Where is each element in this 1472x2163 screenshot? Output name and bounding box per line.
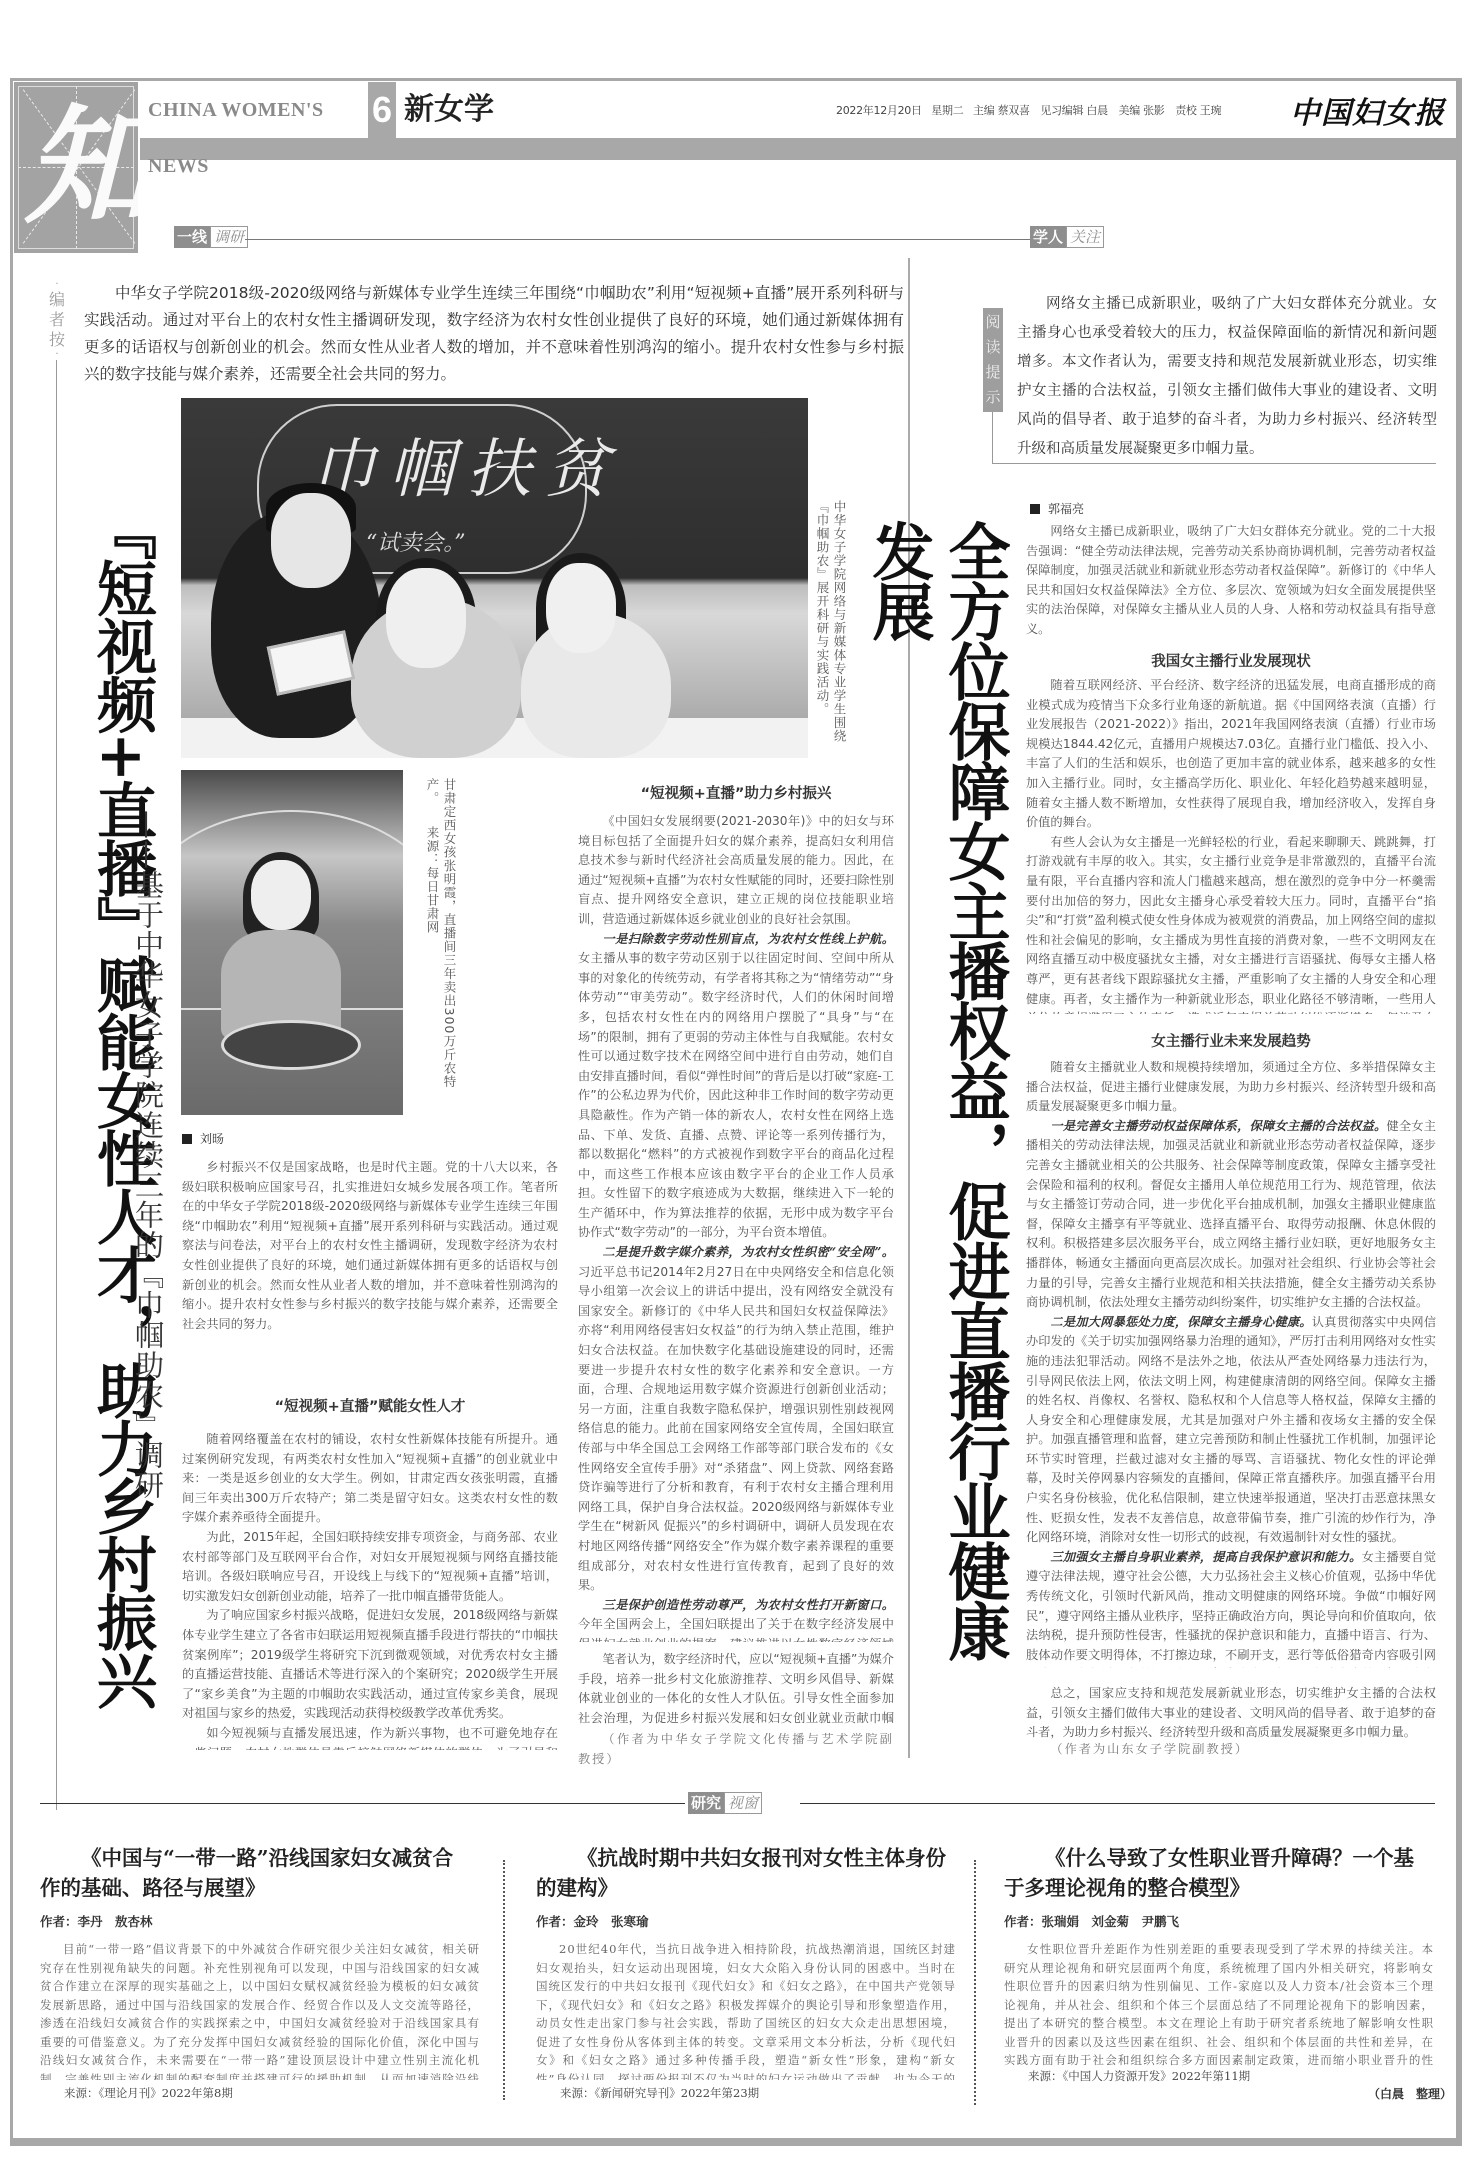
right-author-note: （作者为山东女子学院副教授） <box>1026 1740 1436 1760</box>
tag-scholar-focus: 学人 关注 <box>1030 226 1104 248</box>
section-title: 新女学 <box>404 82 494 138</box>
research-item-abstract: 目前“一带一路”倡议背景下的中外减贫合作研究很少关注妇女减贫，相关研究存在性别视… <box>40 1940 480 2080</box>
dotted-divider <box>503 1860 505 2100</box>
research-item-authors: 作者：李丹 敖杏林 <box>40 1912 153 1930</box>
research-item-title: 《中国与“一带一路”沿线国家妇女减贫合作的基础、路径与展望》 <box>40 1843 460 1903</box>
byline-marker-icon <box>182 1134 192 1144</box>
photo-greenhouse-streamer <box>181 770 403 1115</box>
research-item-source: 来源：《新闻研究导刊》2022年第23期 <box>560 2085 759 2101</box>
left-subheadline: ——基于中华女子学院连续三年的『巾帼助农』调研 <box>126 810 166 1510</box>
research-item-authors: 作者：金玲 张寒瑜 <box>536 1912 649 1930</box>
left-section1-title: “短视频+直播”赋能女性人才 <box>182 1395 558 1416</box>
left-section2-title: “短视频+直播”助力乡村振兴 <box>578 782 894 803</box>
editor-note-text: 中华女子学院2018级-2020级网络与新媒体专业学生连续三年围绕“巾帼助农”利… <box>84 280 904 388</box>
left-section1-body: 随着网络覆盖在农村的铺设，农村女性新媒体技能有所提升。通过案例研究发现，有两类农… <box>182 1430 558 1750</box>
research-item-source: 来源：《中国人力资源开发》2022年第11期 <box>1028 2068 1250 2084</box>
editor-note-label: ·编者按· <box>48 280 66 360</box>
masthead-band <box>140 138 1460 160</box>
dotted-divider <box>974 1860 976 2105</box>
divider <box>40 1803 685 1804</box>
left-author-note: （作者为中华女子学院文化传播与艺术学院副教授） <box>578 1730 894 1769</box>
column-icon-box: 知 <box>14 82 138 253</box>
left-author: 刘旸 <box>182 1130 224 1147</box>
photo-students-livestream: 巾帼扶贫 SALE “试卖会。” <box>181 398 808 758</box>
research-item-abstract: 女性职位晋升差距作为性别差距的重要表现受到了学术界的持续关注。本研究从理论视角和… <box>1004 1940 1434 2070</box>
byline-marker-icon <box>1030 504 1040 514</box>
compiler-credit: （白晨 整理） <box>1368 2085 1452 2102</box>
left-margin-rule <box>56 360 57 1810</box>
divider <box>245 239 1035 240</box>
left-conclusion: 笔者认为，数字经济时代，应以“短视频+直播”为媒介手段，培养一批乡村文化旅游推荐… <box>578 1650 894 1730</box>
brand-english: CHINA WOMEN'S NEWS <box>140 82 366 138</box>
left-section2-body: 《中国妇女发展纲要(2021-2030年)》中的妇女与环境目标包括了全面提升妇女… <box>578 812 894 1642</box>
right-intro: 网络女主播已成新职业，吸纳了广大妇女群体充分就业。党的二十大报告强调：“健全劳动… <box>1026 522 1436 642</box>
issue-date: 2022年12月20日 <box>836 104 922 117</box>
research-item-title: 《什么导致了女性职业晋升障碍？一个基于多理论视角的整合模型》 <box>1004 1843 1434 1903</box>
page-number: 6 <box>368 82 396 138</box>
tag-research-window: 研究 视窗 <box>688 1792 762 1814</box>
right-section1-body: 随着互联网经济、平台经济、数字经济的迅猛发展，电商直播形成的商业模式成为疫情当下… <box>1026 676 1436 1014</box>
right-section2-title: 女主播行业未来发展趋势 <box>1026 1030 1436 1051</box>
left-intro: 乡村振兴不仅是国家战略，也是时代主题。党的十八大以来，各级妇联积极响应国家号召，… <box>182 1158 558 1376</box>
column-divider <box>908 258 910 1758</box>
research-item-source: 来源：《理论月刊》2022年第8期 <box>64 2085 233 2101</box>
reading-tip-text: 网络女主播已成新职业，吸纳了广大妇女群体充分就业。女主播身心也承受着较大的压力，… <box>1017 290 1437 464</box>
research-item-authors: 作者：张瑞娟 刘金菊 尹鹏飞 <box>1004 1912 1179 1930</box>
research-item-abstract: 20世纪40年代，当抗日战争进入相持阶段，抗战热潮消退，国统区封建妇女观抬头，妇… <box>536 1940 956 2080</box>
right-headline: 全方位保障女主播权益，促进直播行业健康发展 <box>932 520 1012 1670</box>
issue-weekday: 星期二 <box>931 104 963 117</box>
reading-tip-label: 阅读提示 <box>983 308 1003 412</box>
tag-frontline-research: 一线 调研 <box>174 226 248 248</box>
research-item-title: 《抗战时期中共妇女报刊对女性主体身份的建构》 <box>536 1843 956 1903</box>
column-char: 知 <box>24 92 138 242</box>
right-section1-title: 我国女主播行业发展现状 <box>1026 650 1436 671</box>
editorial-credits: 主编 蔡双喜 见习编辑 白晨 美编 张影 责校 王琬 <box>973 104 1221 117</box>
right-conclusion: 总之，国家应支持和规范发展新就业形态，切实维护女主播的合法权益，引领女主播们做伟… <box>1026 1684 1436 1744</box>
right-section2-body: 随着女主播就业人数和规模持续增加，须通过全方位、多举措保障女主播合法权益，促进主… <box>1026 1058 1436 1668</box>
photo1-caption: 中华女子学院网络与新媒体专业学生围绕『巾帼助农』展开科研与实践活动。 <box>808 500 848 760</box>
divider <box>800 1803 1435 1804</box>
photo2-caption: 甘肃定西女孩张明霞，直播间三年卖出300万斤农特产。 来源：每日甘肃网 <box>412 778 458 1108</box>
right-author: 郭福亮 <box>1030 500 1084 517</box>
issue-meta: 2022年12月20日 星期二 主编 蔡双喜 见习编辑 白晨 美编 张影 责校 … <box>836 102 1221 118</box>
newspaper-logo: 中国妇女报 <box>1290 88 1445 132</box>
